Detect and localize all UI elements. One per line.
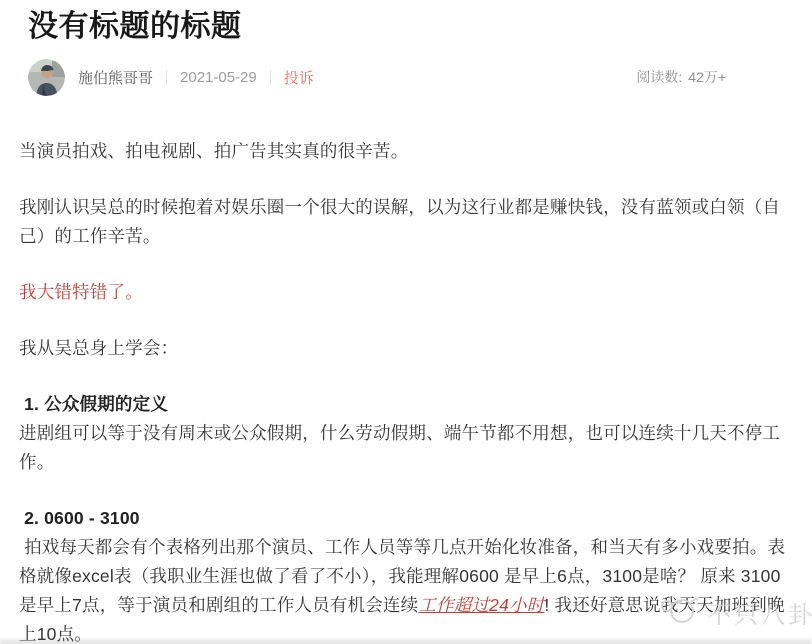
- read-count: 阅读数: 42万+: [636, 67, 726, 87]
- meta-divider: [166, 70, 167, 85]
- page-bottom-shadow: [0, 637, 812, 644]
- article-body: 当演员拍戏、拍电视剧、拍广告其实真的很辛苦。 我刚认识吴总的时候抱着对娱乐圈一个…: [0, 137, 812, 644]
- paragraph: 我刚认识吴总的时候抱着对娱乐圈一个很大的误解，以为这行业都是赚快钱，没有蓝领或白…: [19, 193, 796, 251]
- author-avatar[interactable]: [28, 59, 65, 96]
- paragraph: 我从吴总身上学会：: [19, 334, 796, 363]
- meta-divider: [270, 70, 271, 85]
- section-heading-1: 1. 公众假期的定义: [19, 390, 796, 419]
- highlight-red-text: 工作超过24小时: [418, 595, 544, 615]
- author-name[interactable]: 施伯熊哥哥: [78, 67, 153, 88]
- paragraph: 当演员拍戏、拍电视剧、拍广告其实真的很辛苦。: [19, 137, 796, 166]
- page-title: 没有标题的标题: [0, 0, 812, 46]
- author-row: 施伯熊哥哥 2021-05-29 投诉 阅读数: 42万+: [28, 58, 792, 96]
- article-page: 没有标题的标题 施伯熊哥哥 2021-05-29 投诉 阅读数:: [0, 0, 812, 644]
- publish-date: 2021-05-29: [180, 69, 257, 86]
- paragraph-red: 我大错特错了。: [19, 278, 796, 307]
- complaint-link[interactable]: 投诉: [284, 67, 314, 88]
- paragraph: 进剧组可以等于没有周末或公众假期，什么劳动假期、端午节都不用想，也可以连续十几天…: [19, 419, 796, 477]
- section-heading-2: 2. 0600 - 3100: [19, 504, 796, 533]
- paragraph: 拍戏每天都会有个表格列出那个演员、工作人员等等几点开始化妆准备，和当天有多小戏要…: [19, 533, 796, 644]
- read-count-label: 阅读数:: [636, 67, 682, 87]
- read-count-value: 42万+: [688, 67, 726, 87]
